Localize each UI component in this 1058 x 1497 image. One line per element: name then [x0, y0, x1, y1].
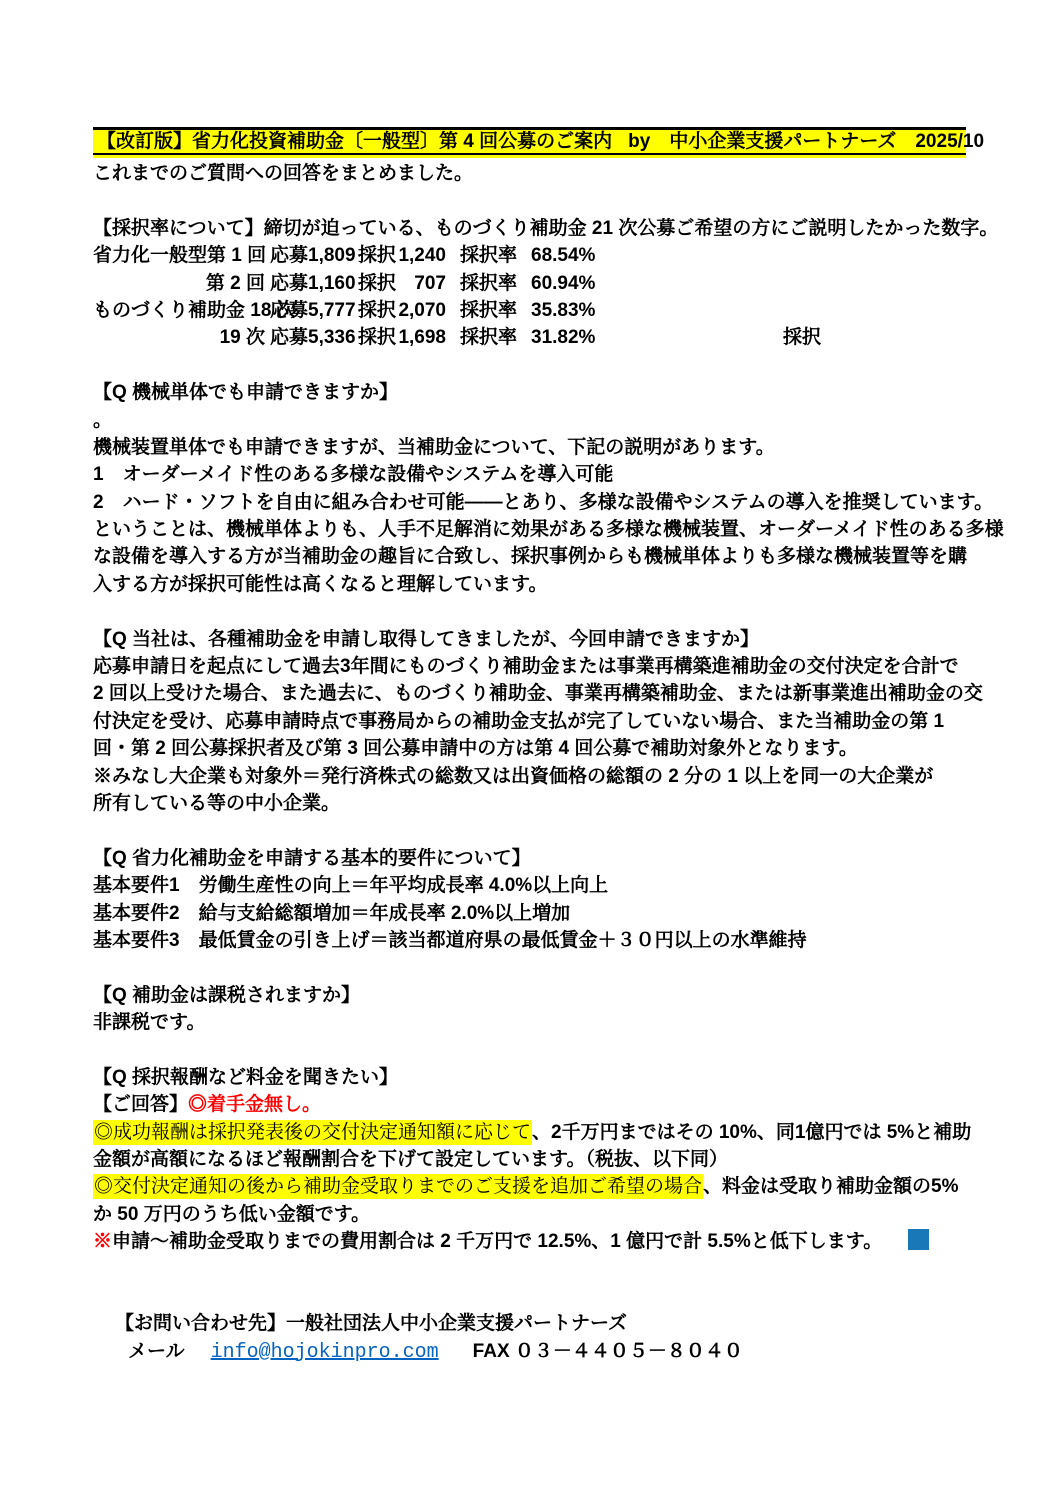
- question-heading: 【Q 省力化補助金を申請する基本的要件について】: [93, 845, 966, 872]
- note-text: 申請～補助金受取りまでの費用割合は 2 千万円で 12.5%、1 億円で計 5.…: [112, 1231, 882, 1252]
- adopted-value: 1,240: [398, 242, 446, 269]
- applied-value: 5,336: [308, 324, 356, 351]
- rate-label: 採択率: [460, 324, 517, 351]
- paragraph-line: な設備を導入する方が当補助金の趣旨に合致し、採択事例からも機械単体よりも多様な機…: [93, 543, 966, 570]
- adopted-label: 採択: [358, 270, 396, 297]
- paragraph-line: 所有している等の中小企業。: [93, 790, 966, 817]
- blank-line: [93, 1256, 966, 1283]
- rate-label: 採択率: [460, 242, 517, 269]
- fee-text: 、2千万円まではその 10%、同1億円では 5%と補助: [532, 1122, 971, 1143]
- paragraph-line: 1 オーダーメイド性のある多様な設備やシステムを導入可能: [93, 461, 966, 488]
- document-title: 【改訂版】省力化投資補助金〔一般型〕第 4 回公募のご案内: [97, 130, 612, 154]
- adopted-value: 2,070: [398, 297, 446, 324]
- rate-label: 採択率: [460, 270, 517, 297]
- paragraph-line: 機械装置単体でも申請できますが、当補助金について、下記の説明があります。: [93, 434, 966, 461]
- stats-row: 19 次 応募5,336 採択1,698 採択率31.82% 採択: [93, 324, 966, 351]
- paragraph-line: 入する方が採択可能性は高くなると理解しています。: [93, 571, 966, 598]
- blank-line: [93, 352, 966, 379]
- rate-value: 31.82%: [531, 324, 595, 351]
- adopted-label: 採択: [358, 297, 396, 324]
- intro-text: これまでのご質問への回答をまとめました。: [93, 160, 966, 187]
- reply-label: 【ご回答】: [93, 1094, 188, 1115]
- stray-adoption-text: 採択: [783, 324, 821, 351]
- title-byline: by 中小企業支援パートナーズ 2025/10: [628, 130, 984, 154]
- document-page: 【改訂版】省力化投資補助金〔一般型〕第 4 回公募のご案内 by 中小企業支援パ…: [93, 127, 966, 1365]
- adopted-value: 1,698: [398, 324, 446, 351]
- basic-requirement-1: 基本要件1 労働生産性の向上＝年平均成長率 4.0%以上向上: [93, 872, 966, 899]
- mail-label: メール: [128, 1338, 185, 1365]
- paragraph-line: 付決定を受け、応募申請時点で事務局からの補助金支払が完了していない場合、また当補…: [93, 708, 966, 735]
- stats-row: ものづくり補助金 18 次 応募5,777 採択2,070 採択率35.83%: [93, 297, 966, 324]
- fee-text: 、料金は受取り補助金額の5%: [703, 1176, 958, 1197]
- question-heading: 【Q 機械単体でも申請できますか】: [93, 379, 966, 406]
- no-upfront-fee-text: ◎着手金無し。: [188, 1094, 321, 1115]
- contact-heading: 【お問い合わせ先】一般社団法人中小企業支援パートナーズ: [115, 1310, 966, 1337]
- applied-value: 1,809: [308, 242, 356, 269]
- document-title-bar: 【改訂版】省力化投資補助金〔一般型〕第 4 回公募のご案内 by 中小企業支援パ…: [93, 127, 966, 158]
- applied-value: 1,160: [308, 270, 356, 297]
- blue-square-marker: [908, 1229, 929, 1250]
- blank-line: [93, 817, 966, 844]
- fax-number: FAX ０３－４４０５－８０４０: [473, 1338, 743, 1365]
- paragraph-line: 応募申請日を起点にして過去3年間にものづくり補助金または事業再構築進補助金の交付…: [93, 653, 966, 680]
- adoption-rate-heading: 【採択率について】締切が迫っている、ものづくり補助金 21 次公募ご希望の方にご…: [93, 215, 966, 242]
- stats-label: ものづくり補助金 18 次: [93, 297, 265, 324]
- rate-label: 採択率: [460, 297, 517, 324]
- applied-label: 応募: [270, 270, 308, 297]
- reply-line: 【ご回答】◎着手金無し。: [93, 1091, 966, 1118]
- paragraph-line: 回・第 2 回公募採択者及び第 3 回公募申請中の方は第 4 回公募で補助対象外…: [93, 735, 966, 762]
- answer-text: 非課税です。: [93, 1009, 966, 1036]
- question-heading: 【Q 採択報酬など料金を聞きたい】: [93, 1064, 966, 1091]
- paragraph-line: 金額が高額になるほど報酬割合を下げて設定しています。（税抜、以下同）: [93, 1146, 966, 1173]
- blank-line: [93, 1037, 966, 1064]
- fee-line-1: ◎成功報酬は採択発表後の交付決定通知額に応じて、2千万円まではその 10%、同1…: [93, 1119, 966, 1146]
- paragraph-line: か 50 万円のうち低い金額です。: [93, 1201, 966, 1228]
- rate-value: 35.83%: [531, 297, 595, 324]
- blank-line: [93, 187, 966, 214]
- stats-label: 第 2 回: [93, 270, 265, 297]
- stats-row: 第 2 回 応募1,160 採択707 採択率60.94%: [93, 270, 966, 297]
- applied-label: 応募: [270, 324, 308, 351]
- question-heading: 【Q 補助金は課税されますか】: [93, 982, 966, 1009]
- applied-label: 応募: [270, 242, 308, 269]
- adopted-label: 採択: [358, 242, 396, 269]
- rate-value: 60.94%: [531, 270, 595, 297]
- highlight-span: ◎成功報酬は採択発表後の交付決定通知額に応じて: [93, 1120, 532, 1145]
- adopted-label: 採択: [358, 324, 396, 351]
- adopted-value: 707: [414, 270, 446, 297]
- paragraph-line: ※みなし大企業も対象外＝発行済株式の総数又は出資価格の総額の 2 分の 1 以上…: [93, 763, 966, 790]
- contact-mail-line: メール info@hojokinpro.com FAX ０３－４４０５－８０４０: [128, 1338, 966, 1365]
- applied-value: 5,777: [308, 297, 356, 324]
- note-asterisk: ※: [93, 1231, 112, 1252]
- applied-label: 応募: [270, 297, 308, 324]
- stats-label: 省力化一般型第 1 回: [93, 242, 265, 269]
- blank-line: [93, 954, 966, 981]
- blank-line: [93, 598, 966, 625]
- stats-row: 省力化一般型第 1 回 応募1,809 採択1,240 採択率68.54%: [93, 242, 966, 269]
- note-line: ※申請～補助金受取りまでの費用割合は 2 千万円で 12.5%、1 億円で計 5…: [93, 1228, 966, 1255]
- basic-requirement-2: 基本要件2 給与支給総額増加＝年成長率 2.0%以上増加: [93, 900, 966, 927]
- rate-value: 68.54%: [531, 242, 595, 269]
- blank-line: [93, 1283, 966, 1310]
- lone-period: 。: [93, 407, 966, 434]
- email-link[interactable]: info@hojokinpro.com: [211, 1339, 439, 1366]
- paragraph-line: 2 ハード・ソフトを自由に組み合わせ可能――とあり、多様な設備やシステムの導入を…: [93, 489, 966, 516]
- paragraph-line: 2 回以上受けた場合、また過去に、ものづくり補助金、事業再構築補助金、または新事…: [93, 680, 966, 707]
- highlight-span: ◎交付決定通知の後から補助金受取りまでのご支援を追加ご希望の場合: [93, 1174, 703, 1199]
- paragraph-line: ということは、機械単体よりも、人手不足解消に効果がある多様な機械装置、オーダーメ…: [93, 516, 966, 543]
- question-heading: 【Q 当社は、各種補助金を申請し取得してきましたが、今回申請できますか】: [93, 626, 966, 653]
- title-underline-rule: [93, 153, 966, 156]
- stats-label: 19 次: [93, 324, 265, 351]
- basic-requirement-3: 基本要件3 最低賃金の引き上げ＝該当都道府県の最低賃金＋３０円以上の水準維持: [93, 927, 966, 954]
- fee-line-2: ◎交付決定通知の後から補助金受取りまでのご支援を追加ご希望の場合、料金は受取り補…: [93, 1173, 966, 1200]
